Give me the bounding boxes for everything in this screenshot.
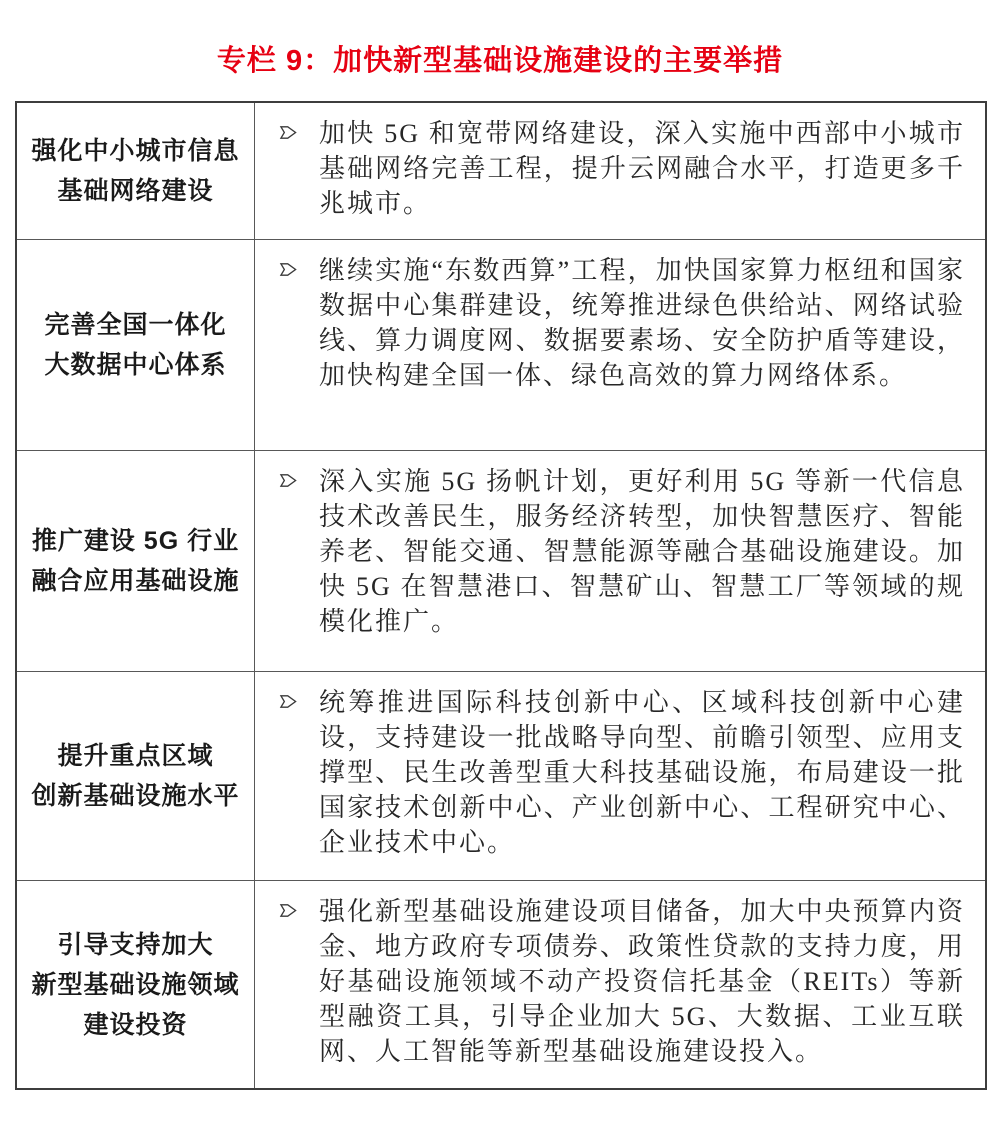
table-row: 强化中小城市信息 基础网络建设 加快 5G 和宽带网络建设，深入实施中西部中小城… [17,103,985,240]
measure-detail-cell: 统筹推进国际科技创新中心、区域科技创新中心建设，支持建设一批战略导向型、前瞻引领… [255,672,985,880]
measure-category-label: 提升重点区域 创新基础设施水平 [17,672,255,880]
hollow-right-arrow-icon [279,693,298,710]
measure-detail-text: 统筹推进国际科技创新中心、区域科技创新中心建设，支持建设一批战略导向型、前瞻引领… [319,685,965,860]
measure-detail-text: 继续实施“东数西算”工程，加快国家算力枢纽和国家数据中心集群建设，统筹推进绿色供… [319,253,965,393]
document-page: 专栏 9：加快新型基础设施建设的主要举措 强化中小城市信息 基础网络建设 加快 … [0,0,1000,1129]
measure-detail-text: 加快 5G 和宽带网络建设，深入实施中西部中小城市基础网络完善工程，提升云网融合… [319,116,965,221]
measure-detail-text: 强化新型基础设施建设项目储备，加大中央预算内资金、地方政府专项债券、政策性贷款的… [319,894,965,1069]
hollow-right-arrow-icon [279,261,298,278]
hollow-right-arrow-icon [279,124,298,141]
table-row: 推广建设 5G 行业 融合应用基础设施 深入实施 5G 扬帆计划，更好利用 5G… [17,451,985,672]
measure-detail-cell: 继续实施“东数西算”工程，加快国家算力枢纽和国家数据中心集群建设，统筹推进绿色供… [255,240,985,450]
hollow-right-arrow-icon [279,902,298,919]
measure-detail-cell: 加快 5G 和宽带网络建设，深入实施中西部中小城市基础网络完善工程，提升云网融合… [255,103,985,239]
column-title: 专栏 9：加快新型基础设施建设的主要举措 [0,38,1000,79]
measure-detail-cell: 深入实施 5G 扬帆计划，更好利用 5G 等新一代信息技术改善民生，服务经济转型… [255,451,985,671]
measure-detail-cell: 强化新型基础设施建设项目储备，加大中央预算内资金、地方政府专项债券、政策性贷款的… [255,881,985,1088]
hollow-right-arrow-icon [279,472,298,489]
measure-category-label: 推广建设 5G 行业 融合应用基础设施 [17,451,255,671]
measure-category-label: 引导支持加大 新型基础设施领域 建设投资 [17,881,255,1088]
table-row: 完善全国一体化 大数据中心体系 继续实施“东数西算”工程，加快国家算力枢纽和国家… [17,240,985,451]
measure-detail-text: 深入实施 5G 扬帆计划，更好利用 5G 等新一代信息技术改善民生，服务经济转型… [319,464,965,639]
measure-category-label: 强化中小城市信息 基础网络建设 [17,103,255,239]
measure-category-label: 完善全国一体化 大数据中心体系 [17,240,255,450]
measures-table: 强化中小城市信息 基础网络建设 加快 5G 和宽带网络建设，深入实施中西部中小城… [15,101,987,1090]
table-row: 提升重点区域 创新基础设施水平 统筹推进国际科技创新中心、区域科技创新中心建设，… [17,672,985,881]
table-row: 引导支持加大 新型基础设施领域 建设投资 强化新型基础设施建设项目储备，加大中央… [17,881,985,1088]
